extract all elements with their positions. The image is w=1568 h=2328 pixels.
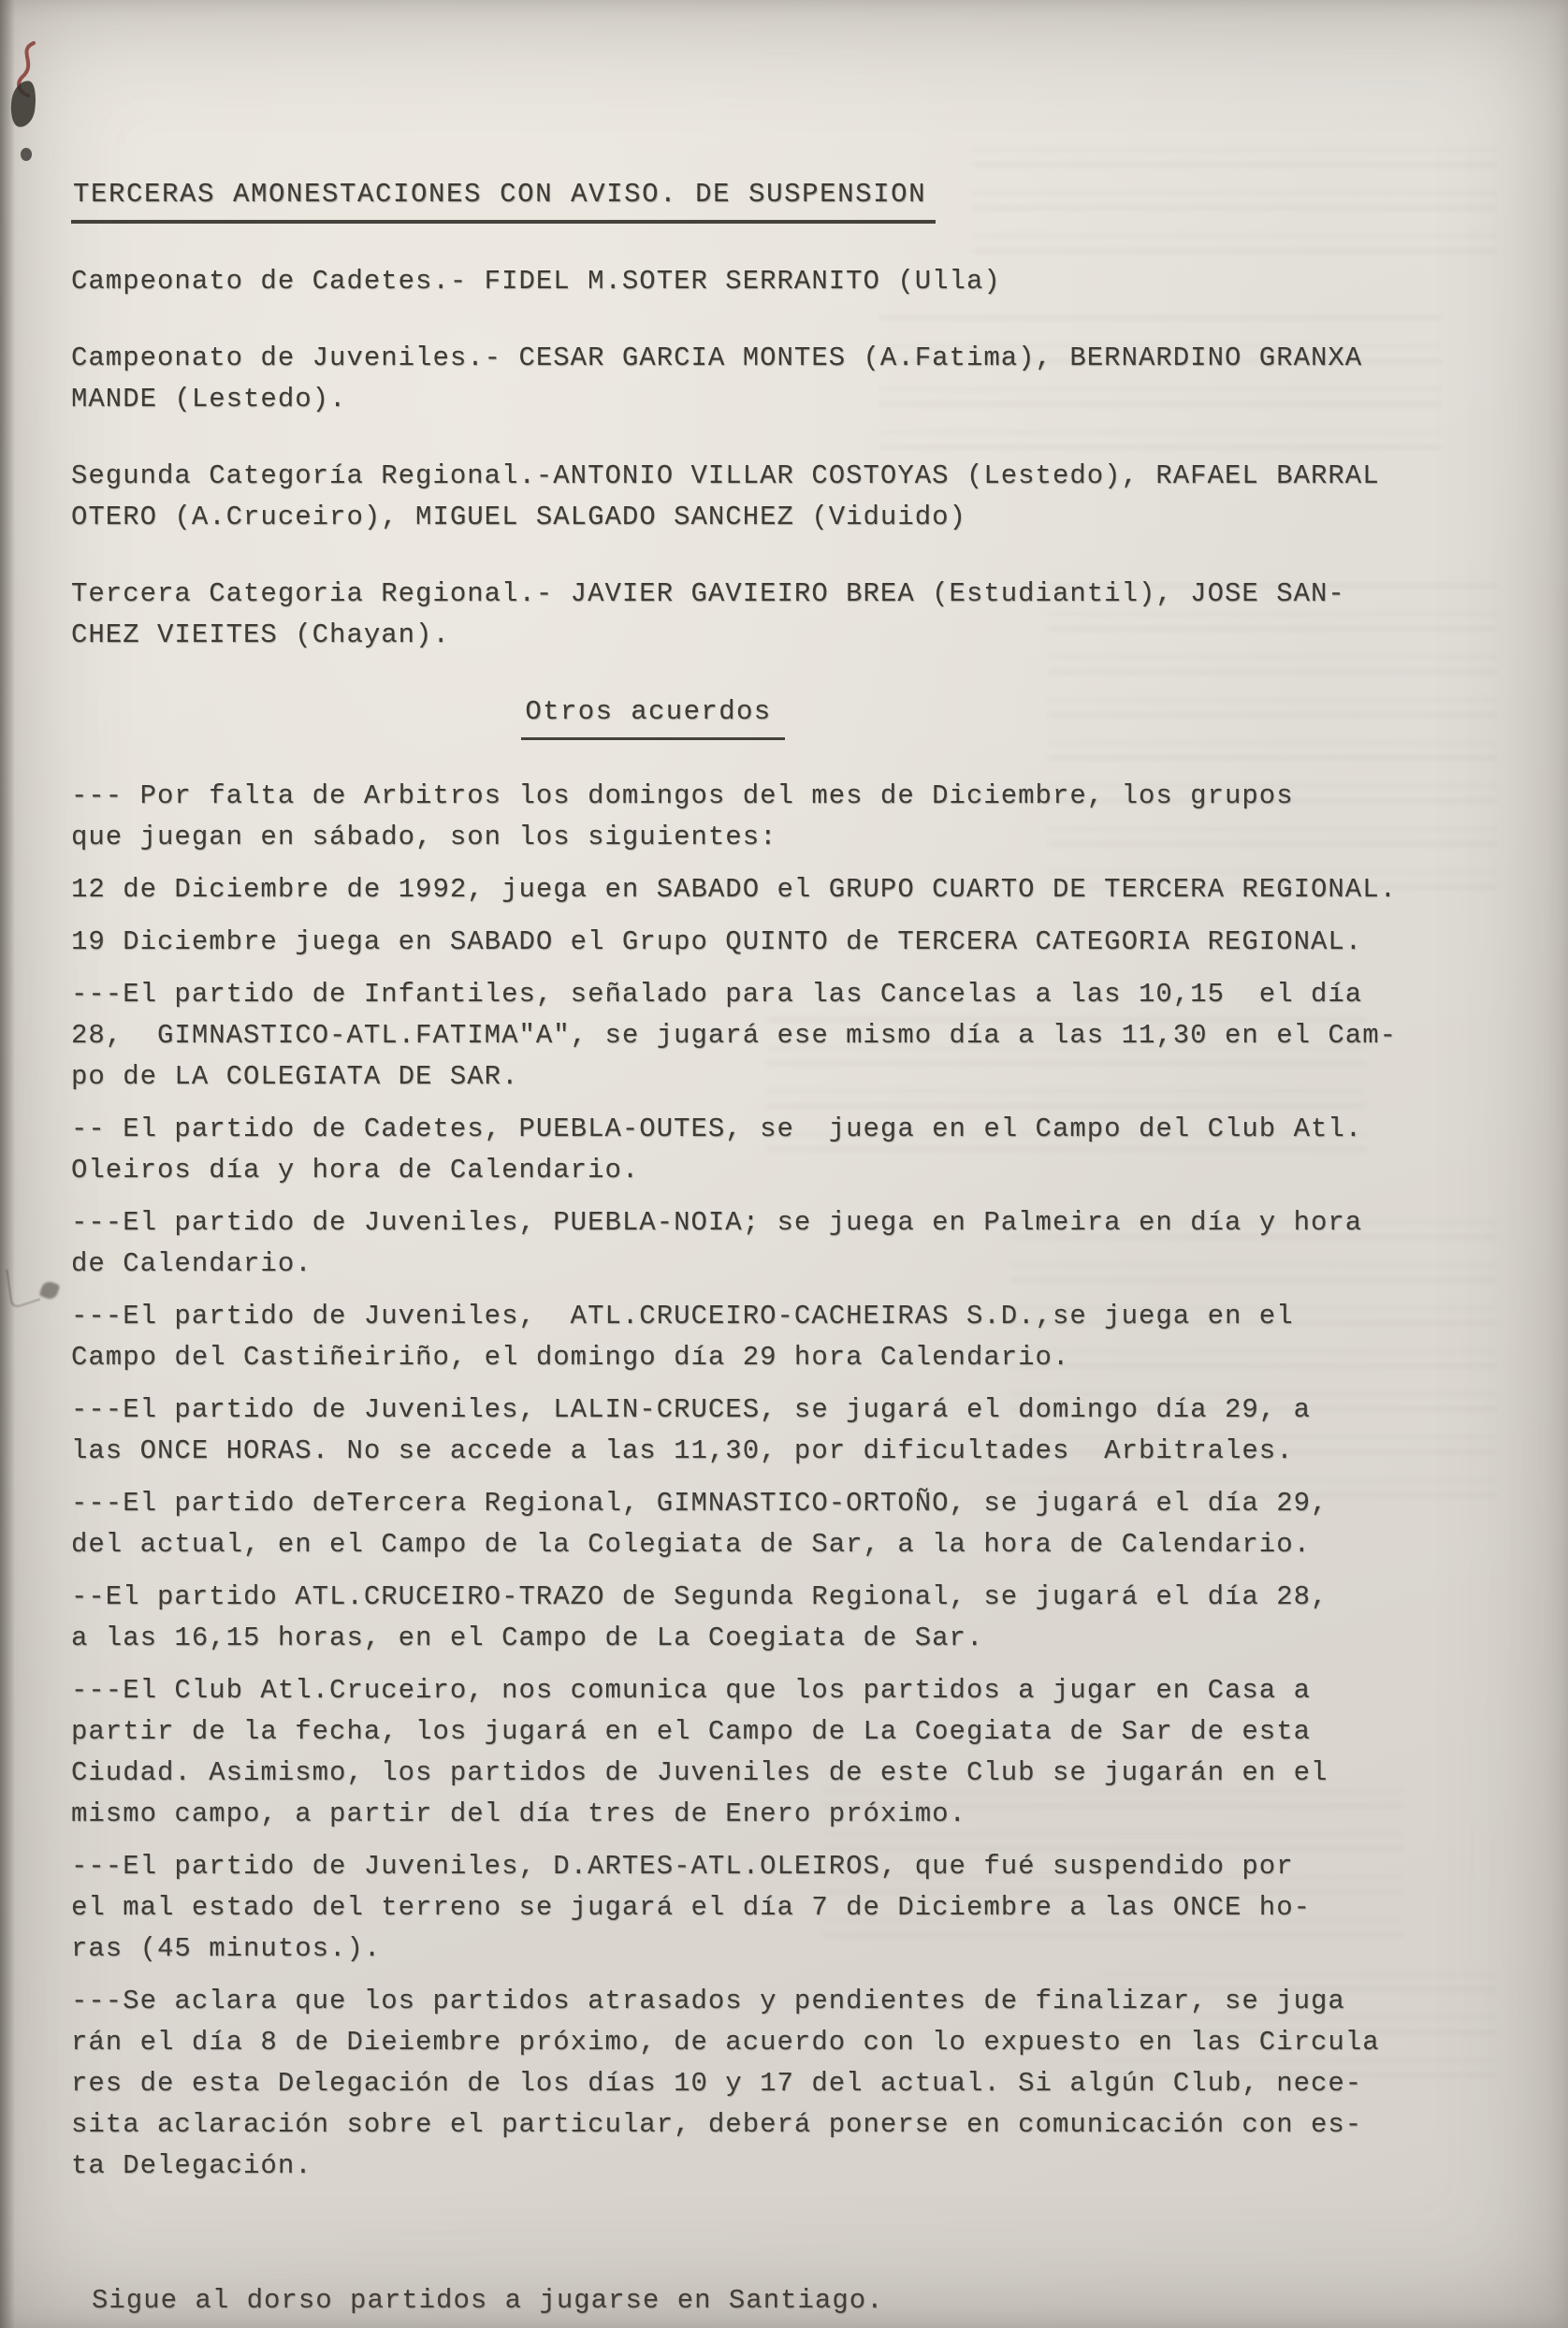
acuerdo-partido-cadetes-puebla-outes: -- El partido de Cadetes, PUEBLA-OUTES, … — [71, 1109, 1450, 1191]
sanction-juveniles: Campeonato de Juveniles.- CESAR GARCIA M… — [71, 338, 1450, 420]
left-scan-edge — [0, 0, 15, 2328]
sanction-cadetes: Campeonato de Cadetes.- FIDEL M.SOTER SE… — [71, 261, 1450, 302]
acuerdo-falta-arbitros: --- Por falta de Arbitros los domingos d… — [71, 776, 1450, 858]
acuerdo-partido-juveniles-puebla-noia: ---El partido de Juveniles, PUEBLA-NOIA;… — [71, 1202, 1450, 1285]
document-content: TERCERAS AMONESTACIONES CON AVISO. DE SU… — [71, 174, 1450, 2328]
acuerdo-grupo-cuarto-sabado: 12 de Diciembre de 1992, juega en SABADO… — [71, 869, 1450, 910]
acuerdo-club-cruceiro-campo: ---El Club Atl.Cruceiro, nos comunica qu… — [71, 1670, 1450, 1835]
handwritten-star-mark — [38, 1279, 60, 1301]
ink-dot-mark — [21, 148, 32, 161]
acuerdo-partido-infantiles: ---El partido de Infantiles, señalado pa… — [71, 974, 1450, 1098]
acuerdo-partidos-atrasados: ---Se aclara que los partidos atrasados … — [71, 1981, 1450, 2187]
acuerdo-partido-dartes-oleiros: ---El partido de Juveniles, D.ARTES-ATL.… — [71, 1846, 1450, 1970]
acuerdo-partido-tercera-gimnastico-ortono: ---El partido deTercera Regional, GIMNAS… — [71, 1483, 1450, 1565]
acuerdo-partido-juveniles-lalin-cruces: ---El partido de Juveniles, LALIN-CRUCES… — [71, 1390, 1450, 1472]
section-heading-otros-acuerdos: Otros acuerdos — [71, 691, 1450, 740]
acuerdo-partido-juveniles-cruceiro-cacheiras: ---El partido de Juveniles, ATL.CRUCEIRO… — [71, 1296, 1450, 1378]
document-title: TERCERAS AMONESTACIONES CON AVISO. DE SU… — [71, 174, 936, 224]
sanction-segunda-regional: Segunda Categoría Regional.-ANTONIO VILL… — [71, 456, 1450, 538]
acuerdo-grupo-quinto-sabado: 19 Diciembre juega en SABADO el Grupo QU… — [71, 922, 1450, 963]
footer-note: Sigue al dorso partidos a jugarse en San… — [71, 2280, 1450, 2321]
acuerdo-partido-cruceiro-trazo: --El partido ATL.CRUCEIRO-TRAZO de Segun… — [71, 1577, 1450, 1659]
section-heading-text: Otros acuerdos — [521, 691, 784, 740]
sanction-tercera-regional: Tercera Categoria Regional.- JAVIER GAVI… — [71, 574, 1450, 656]
pencil-mark — [6, 1260, 40, 1310]
document-page: TERCERAS AMONESTACIONES CON AVISO. DE SU… — [0, 0, 1568, 2328]
